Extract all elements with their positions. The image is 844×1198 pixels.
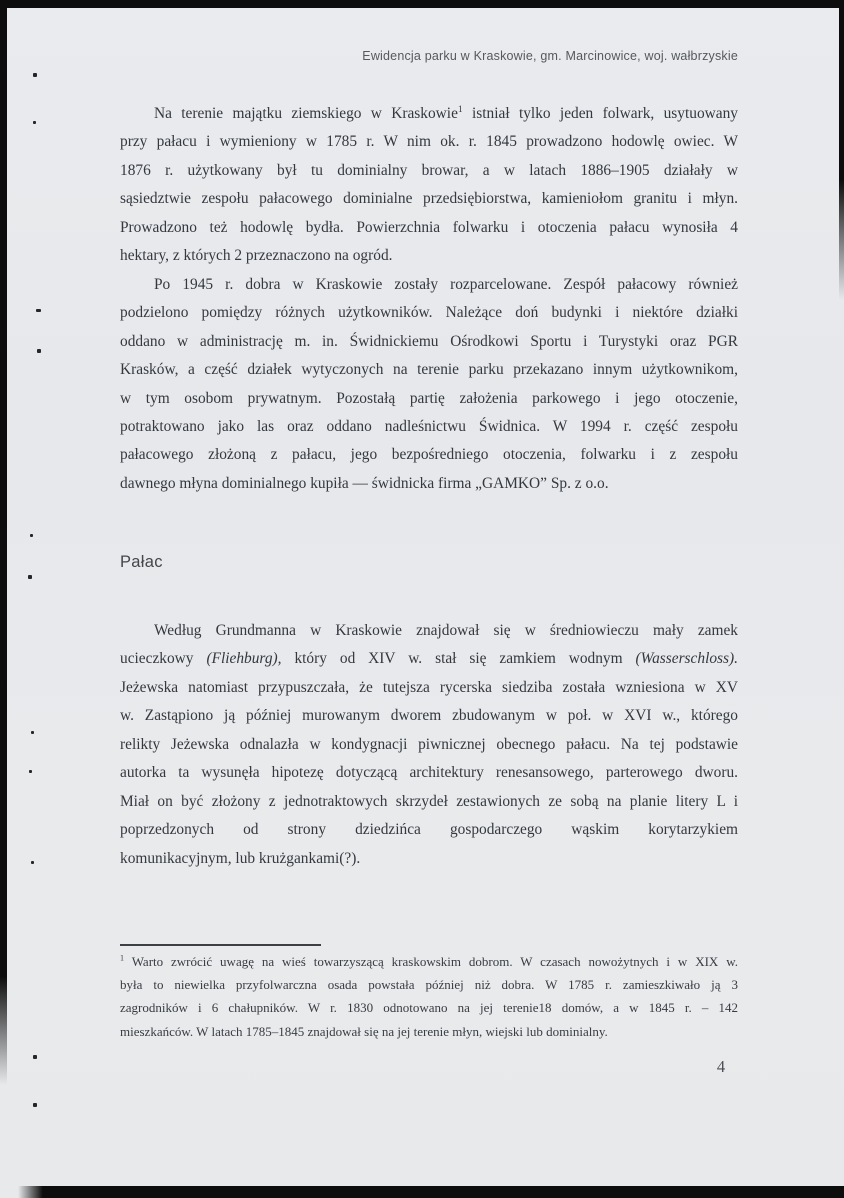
running-header: Ewidencja parku w Kraskowie, gm. Marcino… xyxy=(120,49,738,63)
scan-artifact-dot xyxy=(28,575,32,579)
text-line: sąsiedztwie zespołu pałacowego dominialn… xyxy=(120,185,738,213)
paragraph-folwark: Na terenie majątku ziemskiego w Kraskowi… xyxy=(120,100,738,271)
footnote-line: zagrodników i 6 chałupników. W r. 1830 o… xyxy=(120,996,738,1019)
text-line: dawnego młyna dominialnego kupiła — świd… xyxy=(120,470,738,498)
scan-artifact-dot xyxy=(36,309,41,312)
text-line: Jeżewska natomiast przypuszczała, że tut… xyxy=(120,674,738,702)
footnote-line: 1 Warto zwrócić uwagę na wieś towarzyszą… xyxy=(120,950,738,973)
text-line: przy pałacu i wymieniony w 1785 r. W nim… xyxy=(120,128,738,156)
footnote-line: mieszkańców. W latach 1785–1845 znajdowa… xyxy=(120,1020,738,1043)
scan-artifact-dot xyxy=(30,534,33,537)
footnote-line: była to niewielka przyfolwarczna osada p… xyxy=(120,973,738,996)
text-line: poprzedzonych od strony dziedzińca gospo… xyxy=(120,816,738,844)
scan-artifact-dot xyxy=(33,1055,37,1059)
text-segment: Warto zwrócić uwagę na wieś towarzyszącą… xyxy=(124,954,738,969)
text-line: podzielono pomiędzy różnych użytkowników… xyxy=(120,299,738,327)
text-segment: ucieczkowy xyxy=(120,650,206,667)
italic-term-fliehburg: (Fliehburg), xyxy=(206,650,281,667)
scan-edge-right xyxy=(839,0,844,300)
scan-artifact-dot xyxy=(31,861,34,864)
scan-edge-top xyxy=(0,0,844,8)
text-line: pałacowego złożoną z pałacu, jego bezpoś… xyxy=(120,441,738,469)
footnote-separator-rule xyxy=(120,944,321,946)
section-heading-palac: Pałac xyxy=(120,553,163,572)
text-line: ucieczkowy (Fliehburg), który od XIV w. … xyxy=(120,645,738,673)
text-line: hektary, z których 2 przeznaczono na ogr… xyxy=(120,242,738,270)
scan-artifact-dot xyxy=(33,73,37,77)
text-line: Miał on być złożony z jednotraktowych sk… xyxy=(120,788,738,816)
scan-artifact-dot xyxy=(37,349,41,353)
text-line: komunikacyjnym, lub krużgankami(?). xyxy=(120,845,738,873)
scan-artifact-dot xyxy=(31,731,34,734)
page-number: 4 xyxy=(706,1057,736,1077)
text-segment: istniał tylko jeden folwark, usytuowany xyxy=(463,105,738,122)
text-line: w. Zastąpiono ją później murowanym dwore… xyxy=(120,702,738,730)
text-line: Krasków, a część działek wytyczonych na … xyxy=(120,356,738,384)
text-line: autorka ta wysunęła hipotezę dotyczącą a… xyxy=(120,759,738,787)
text-line: 1876 r. użytkowany był tu dominialny bro… xyxy=(120,157,738,185)
text-line: Prowadzono też hodowlę bydła. Powierzchn… xyxy=(120,214,738,242)
text-line: potraktowano jako las oraz oddano nadleś… xyxy=(120,413,738,441)
text-line: Na terenie majątku ziemskiego w Kraskowi… xyxy=(120,100,738,128)
scan-artifact-dot xyxy=(29,770,32,773)
italic-term-wasserschloss: (Wasserschloss). xyxy=(636,650,738,667)
scan-artifact-dot xyxy=(33,121,36,124)
body-text-block: Na terenie majątku ziemskiego w Kraskowi… xyxy=(120,100,738,498)
text-line: Według Grundmanna w Kraskowie znajdował … xyxy=(120,617,738,645)
text-line: oddano w administrację m. in. Świdnickie… xyxy=(120,328,738,356)
scan-artifact-dot xyxy=(33,1103,37,1107)
footnote-block: 1 Warto zwrócić uwagę na wieś towarzyszą… xyxy=(120,950,738,1043)
scan-edge-bottom xyxy=(18,1186,844,1198)
paragraph-po-1945: Po 1945 r. dobra w Kraskowie zostały roz… xyxy=(120,271,738,499)
text-line: Po 1945 r. dobra w Kraskowie zostały roz… xyxy=(120,271,738,299)
text-segment: który od XIV w. stał się zamkiem wodnym xyxy=(282,650,636,667)
scan-edge-left xyxy=(0,0,7,1085)
paragraph-wedlug-grundmanna: Według Grundmanna w Kraskowie znajdował … xyxy=(120,617,738,873)
text-line: relikty Jeżewska odnalazła w kondygnacji… xyxy=(120,731,738,759)
text-line: w tym osobom prywatnym. Pozostałą partię… xyxy=(120,385,738,413)
text-segment: Na terenie majątku ziemskiego w Kraskowi… xyxy=(154,105,458,122)
scanned-document-page: Ewidencja parku w Kraskowie, gm. Marcino… xyxy=(0,0,844,1198)
